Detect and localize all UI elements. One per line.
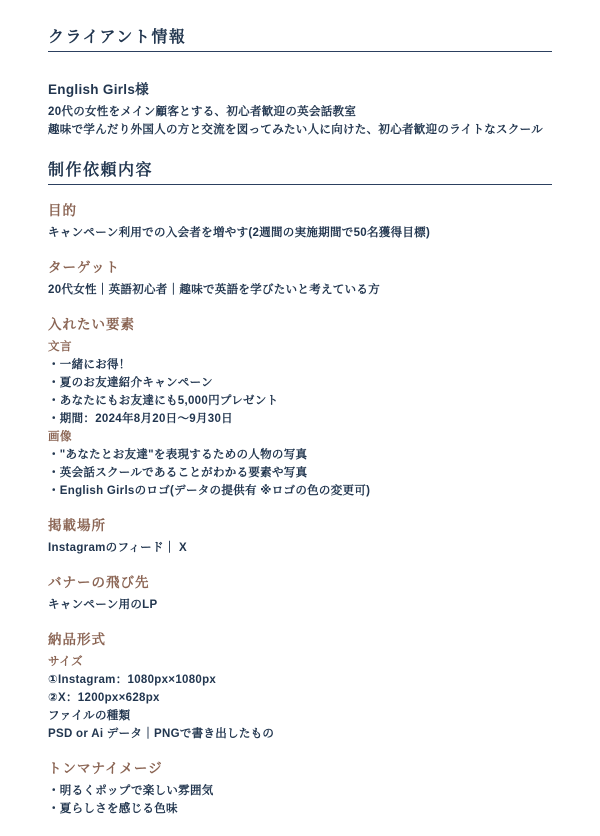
client-info-block: English Girls様 20代の女性をメイン顧客とする、初心者歓迎の英会話… bbox=[48, 80, 552, 139]
delivery-format-section: 納品形式 サイズ ①Instagram：1080px×1080px ②X：120… bbox=[48, 631, 552, 743]
size-label: サイズ bbox=[48, 653, 552, 671]
request-heading: 制作依頼内容 bbox=[48, 160, 552, 185]
file-type-label: ファイルの種類 bbox=[48, 707, 552, 725]
brief-document: クライアント情報 English Girls様 20代の女性をメイン顧客とする、… bbox=[0, 0, 600, 836]
copy-item: ・期間：2024年8月20日～9月30日 bbox=[48, 410, 552, 428]
copy-item: ・あなたにもお友達にも5,000円プレゼント bbox=[48, 392, 552, 410]
image-item: ・English Girlsのロゴ(データの提供有 ※ロゴの色の変更可) bbox=[48, 482, 552, 500]
purpose-title: 目的 bbox=[48, 202, 552, 220]
tone-item: ・明るくポップで楽しい雰囲気 bbox=[48, 782, 552, 800]
client-description-line: 趣味で学んだり外国人の方と交流を図ってみたい人に向けた、初心者歓迎のライトなスク… bbox=[48, 121, 552, 139]
copy-label: 文言 bbox=[48, 338, 552, 356]
target-title: ターゲット bbox=[48, 259, 552, 277]
copy-item: ・一緒にお得！ bbox=[48, 356, 552, 374]
purpose-text: キャンペーン利用での入会者を増やす(2週間の実施期間で50名獲得目標) bbox=[48, 224, 552, 242]
client-info-heading: クライアント情報 bbox=[48, 27, 552, 52]
image-item: ・"あなたとお友達"を表現するための人物の写真 bbox=[48, 446, 552, 464]
file-type-text: PSD or Ai データ｜PNGで書き出したもの bbox=[48, 725, 552, 743]
placement-text: Instagramのフィード｜ X bbox=[48, 539, 552, 557]
tone-manner-title: トンマナイメージ bbox=[48, 760, 552, 778]
client-name: English Girls様 bbox=[48, 80, 552, 99]
elements-title: 入れたい要素 bbox=[48, 316, 552, 334]
placement-section: 掲載場所 Instagramのフィード｜ X bbox=[48, 517, 552, 557]
banner-destination-title: バナーの飛び先 bbox=[48, 574, 552, 592]
target-text: 20代女性｜英語初心者｜趣味で英語を学びたいと考えている方 bbox=[48, 281, 552, 299]
placement-title: 掲載場所 bbox=[48, 517, 552, 535]
size-item: ②X：1200px×628px bbox=[48, 689, 552, 707]
client-description-line: 20代の女性をメイン顧客とする、初心者歓迎の英会話教室 bbox=[48, 103, 552, 121]
elements-section: 入れたい要素 文言 ・一緒にお得！ ・夏のお友達紹介キャンペーン ・あなたにもお… bbox=[48, 316, 552, 500]
tone-manner-section: トンマナイメージ ・明るくポップで楽しい雰囲気 ・夏らしさを感じる色味 bbox=[48, 760, 552, 818]
copy-item: ・夏のお友達紹介キャンペーン bbox=[48, 374, 552, 392]
purpose-section: 目的 キャンペーン利用での入会者を増やす(2週間の実施期間で50名獲得目標) bbox=[48, 202, 552, 242]
target-section: ターゲット 20代女性｜英語初心者｜趣味で英語を学びたいと考えている方 bbox=[48, 259, 552, 299]
size-item: ①Instagram：1080px×1080px bbox=[48, 671, 552, 689]
tone-item: ・夏らしさを感じる色味 bbox=[48, 800, 552, 818]
banner-destination-text: キャンペーン用のLP bbox=[48, 596, 552, 614]
image-label: 画像 bbox=[48, 428, 552, 446]
delivery-format-title: 納品形式 bbox=[48, 631, 552, 649]
banner-destination-section: バナーの飛び先 キャンペーン用のLP bbox=[48, 574, 552, 614]
image-item: ・英会話スクールであることがわかる要素や写真 bbox=[48, 464, 552, 482]
